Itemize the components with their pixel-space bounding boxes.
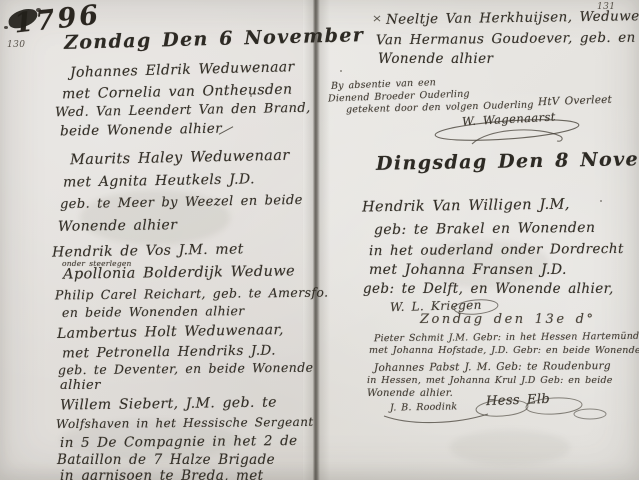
book-gutter — [302, 0, 330, 480]
ink-speck — [600, 200, 602, 202]
register-line-small: in Hessen, met Johanna Krul J.D Geb: en … — [367, 375, 613, 386]
register-line: Hendrik Van Willigen J.M, — [362, 197, 570, 216]
register-line: Bataillon de 7 Halze Brigade — [57, 452, 275, 468]
register-line-small: Wonende alhier. — [367, 388, 453, 399]
register-line: Wolfshaven in het Hessische Sergeant — [56, 415, 314, 431]
register-line: in 5 De Compagnie in het 2 de — [60, 433, 298, 451]
register-line: in garnisoen te Breda, met — [60, 468, 263, 480]
register-line-small: Johannes Pabst J. M. Geb: te Roudenburg — [374, 360, 611, 374]
register-line: met Agnita Heutkels J.D. — [63, 171, 255, 190]
register-line: met Johanna Fransen J.D. — [369, 262, 567, 278]
bleed-through-smudge — [450, 430, 570, 465]
left-folio-number: 130 — [7, 40, 25, 50]
pen-curl-flourish — [468, 126, 568, 148]
register-line: met Petronella Hendriks J.D. — [62, 343, 276, 362]
register-line: geb: te Delft, en Wonende alhier, — [363, 281, 614, 297]
register-line: Neeltje Van Herkhuijsen, Weduwe — [386, 8, 639, 28]
right-page-heading: Dingsdag Den 8 November — [376, 147, 639, 175]
register-line: Van Hermanus Goudoever, geb. en — [376, 30, 636, 49]
register-line: Wonende alhier — [58, 217, 177, 235]
ink-speck — [340, 70, 342, 72]
ink-blot-dot — [36, 8, 41, 12]
register-line: Philip Carel Reichart, geb. te Amersfo. — [55, 285, 329, 303]
clerk-signature: HtV Overleet — [538, 94, 612, 109]
ink-blot-dot — [4, 26, 8, 29]
register-line: alhier — [60, 378, 101, 393]
signature-loops-flourish — [472, 394, 622, 422]
register-line: geb. te Deventer, en beide Wonende — [58, 360, 314, 378]
register-line: Willem Siebert, J.M. geb. te — [60, 394, 277, 413]
register-line: beide Wonende alhier — [60, 121, 222, 140]
sub-heading: Zondag den 13e d° — [420, 312, 595, 327]
register-line: geb: te Brakel en Wonenden — [374, 220, 596, 238]
register-line: in het ouderland onder Dordrecht — [369, 241, 624, 259]
register-line: Wonende alhier — [378, 51, 493, 67]
scanned-register-spread: 1796 130 Zondag Den 6 November Johannes … — [0, 0, 639, 480]
register-line-small: met Johanna Hofstade, J.D. Gebr: en beid… — [369, 345, 639, 356]
register-line-small: Pieter Schmit J.M. Gebr: in het Hessen H… — [374, 331, 639, 344]
register-line: en beide Wonenden alhier — [62, 303, 245, 320]
register-line: Apollonia Bolderdijk Weduwe — [63, 263, 295, 282]
